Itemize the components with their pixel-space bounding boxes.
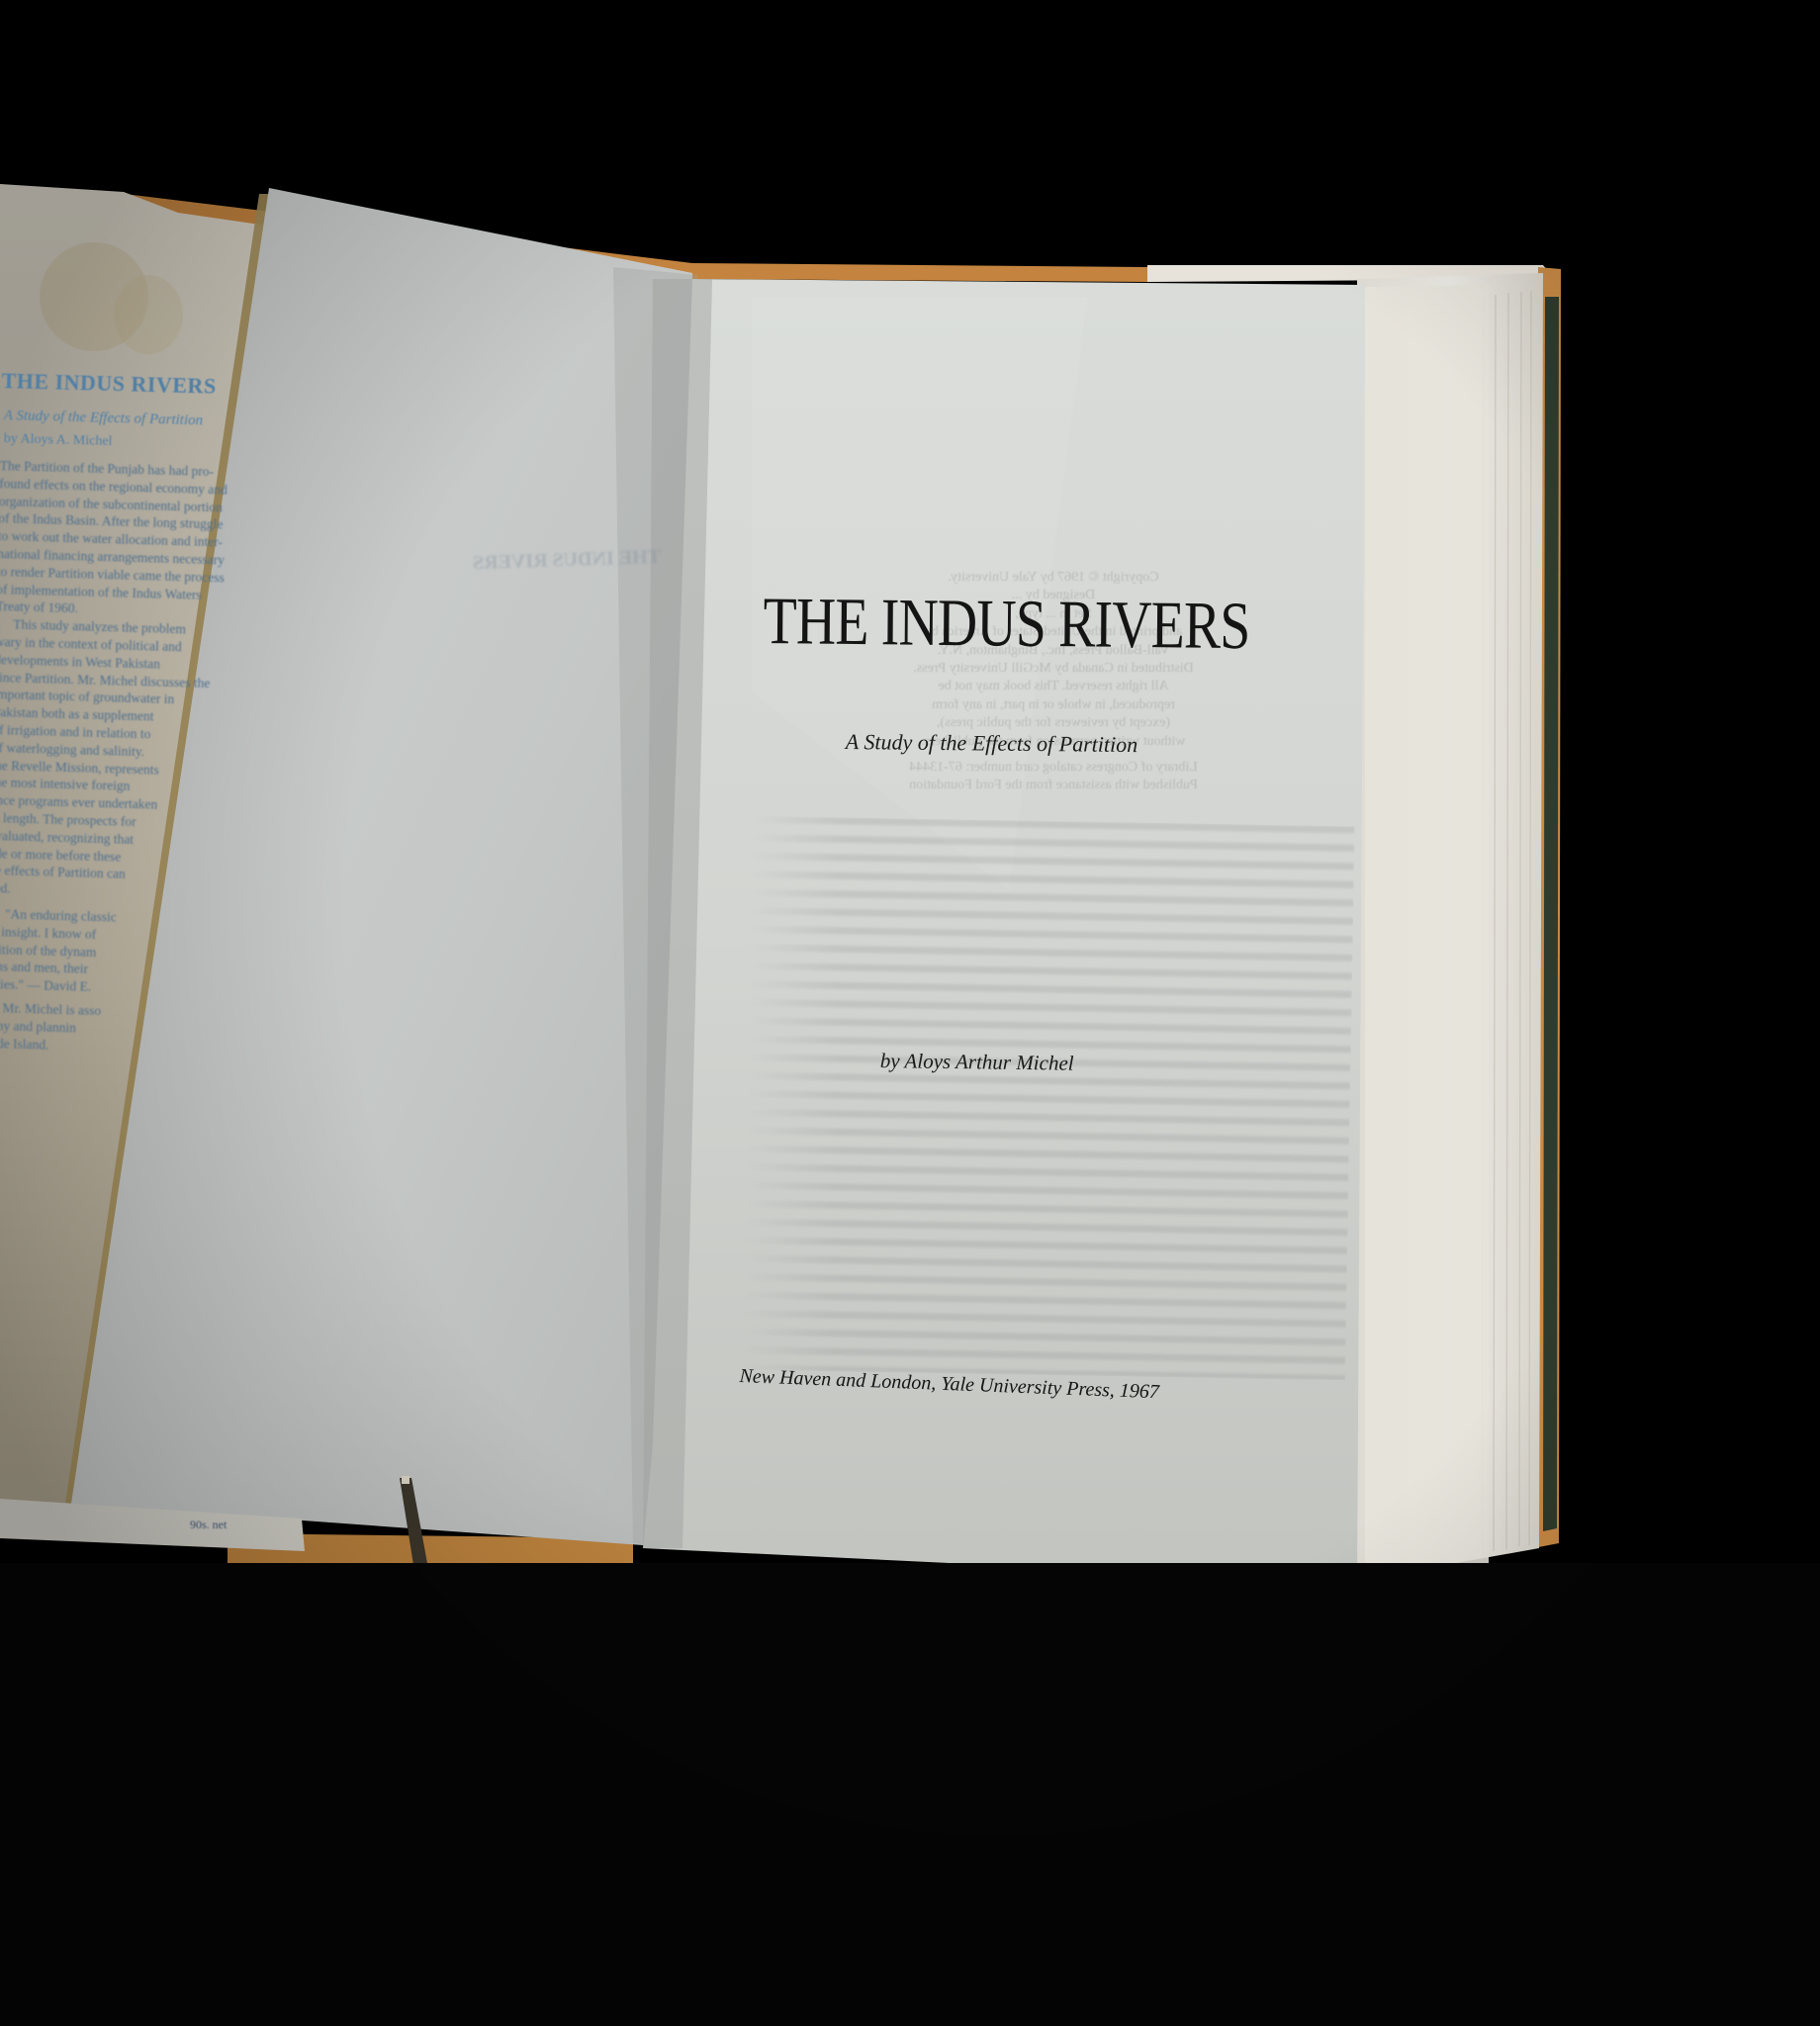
showthrough-line: Library of Congress catalog card number:… xyxy=(890,759,1217,777)
author-line: by Aloys Arthur Michel xyxy=(880,1049,1074,1076)
page-subtitle: A Study of the Effects of Partition xyxy=(846,729,1138,758)
showthrough-line: All rights reserved. This book may not b… xyxy=(890,678,1217,695)
jacket-flap-author: by Aloys A. Michel xyxy=(4,431,113,450)
showthrough-line: reproduced, in whole or in part, in any … xyxy=(890,696,1217,714)
showthrough-line: Published with assistance from the Ford … xyxy=(890,777,1217,794)
price-label: 90s. net xyxy=(190,1518,227,1532)
acknowledgements-showthrough xyxy=(742,816,1355,1381)
page-title: THE INDUS RIVERS xyxy=(763,582,1144,664)
